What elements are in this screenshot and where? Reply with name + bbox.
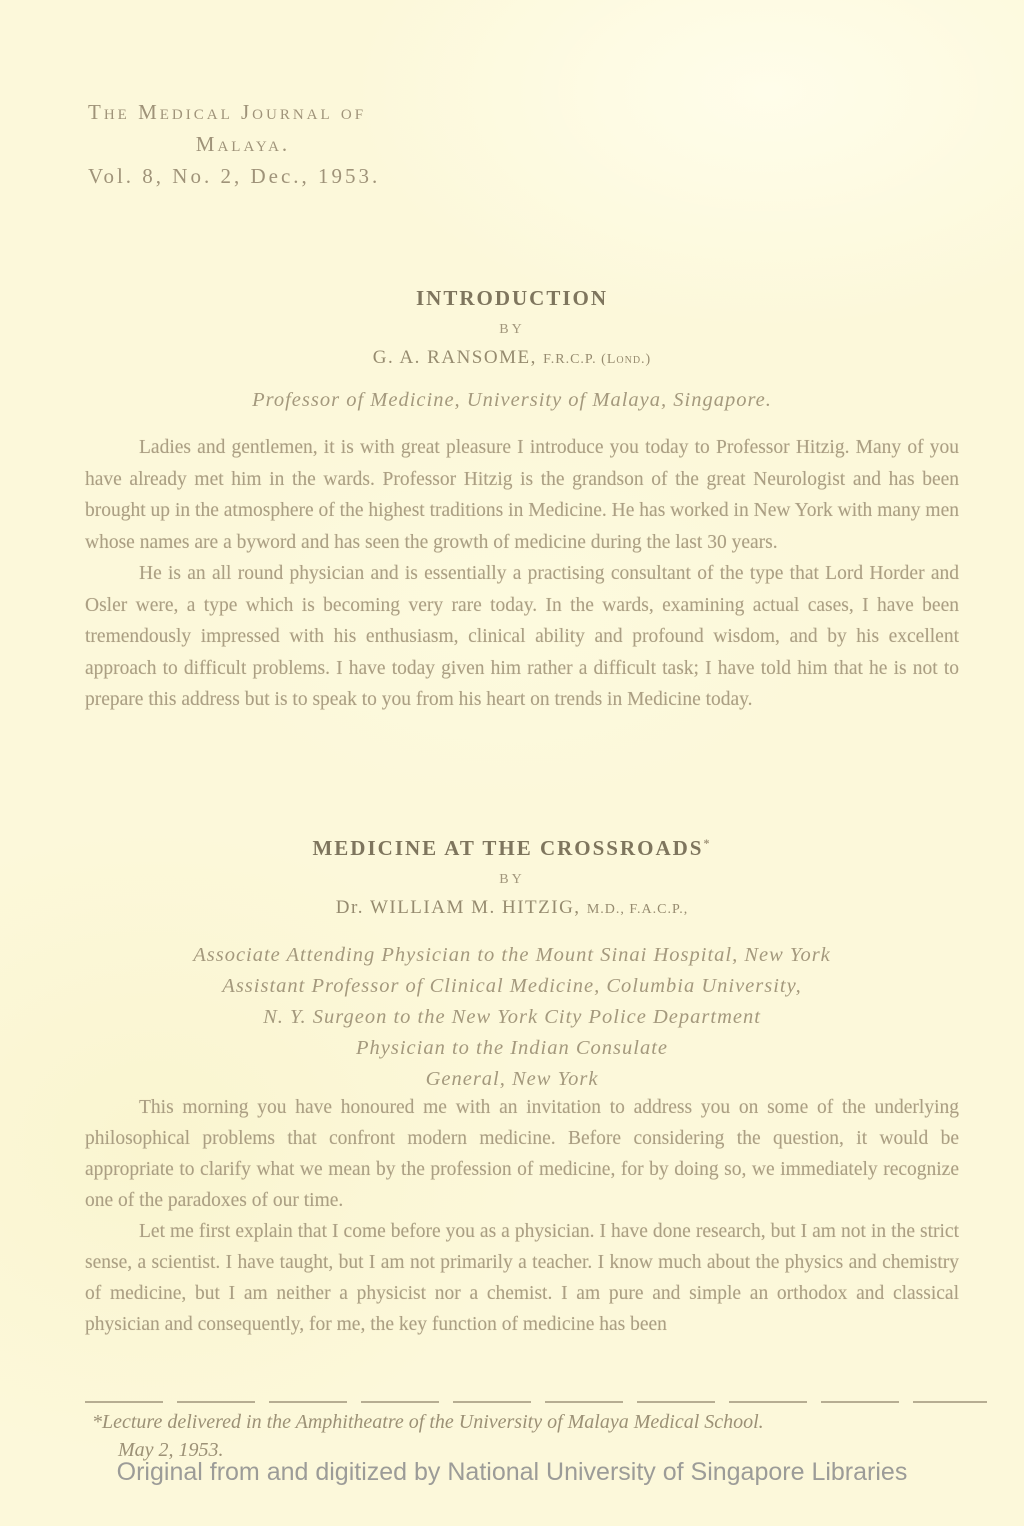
introduction-byline-label: BY [0,322,1024,338]
affiliation-line: Associate Attending Physician to the Mou… [0,940,1024,971]
affiliation-line: General, New York [0,1064,1024,1095]
introduction-paragraph: He is an all round physician and is esse… [85,558,959,716]
affiliation-line: Physician to the Indian Consulate [0,1033,1024,1064]
introduction-heading: INTRODUCTION [0,286,1024,311]
introduction-author-name: G. A. RANSOME, [373,347,537,368]
article-paragraph: Let me first explain that I come before … [85,1216,959,1340]
digitization-credit: Original from and digitized by National … [0,1458,1024,1487]
article-author-credentials: M.D., F.A.C.P., [587,902,688,917]
article-affiliations: Associate Attending Physician to the Mou… [0,940,1024,1095]
introduction-body: Ladies and gentlemen, it is with great p… [85,432,959,716]
journal-title-line2: Malaya. [88,128,398,160]
journal-issue-line: Vol. 8, No. 2, Dec., 1953. [88,160,398,192]
article-byline-label: BY [0,872,1024,888]
article-heading-note-marker: * [704,836,712,850]
footnote-divider [85,1401,987,1403]
introduction-header: INTRODUCTION BY G. A. RANSOME, F.R.C.P. … [0,286,1024,416]
article-author-line: Dr. WILLIAM M. HITZIG, M.D., F.A.C.P., [0,897,1024,919]
introduction-author-title: Professor of Medicine, University of Mal… [0,385,1024,416]
journal-title-line1: The Medical Journal of [88,96,398,128]
article-author-name: Dr. WILLIAM M. HITZIG, [336,897,581,918]
introduction-author-line: G. A. RANSOME, F.R.C.P. (Lond.) [0,347,1024,369]
footnote-marker: * [92,1411,102,1433]
footnote-line1: *Lecture delivered in the Amphitheatre o… [92,1408,972,1436]
article-heading: MEDICINE AT THE CROSSROADS* [0,836,1024,861]
footnote: *Lecture delivered in the Amphitheatre o… [92,1408,972,1464]
introduction-author-credentials: F.R.C.P. (Lond.) [543,352,651,367]
article-header: MEDICINE AT THE CROSSROADS* BY Dr. WILLI… [0,836,1024,919]
article-body: This morning you have honoured me with a… [85,1092,959,1340]
affiliation-line: N. Y. Surgeon to the New York City Polic… [0,1002,1024,1033]
affiliation-line: Assistant Professor of Clinical Medicine… [0,971,1024,1002]
article-paragraph: This morning you have honoured me with a… [85,1092,959,1216]
footnote-text: Lecture delivered in the Amphitheatre of… [102,1411,764,1433]
article-heading-text: MEDICINE AT THE CROSSROADS [312,836,703,860]
introduction-paragraph: Ladies and gentlemen, it is with great p… [85,432,959,558]
journal-masthead: The Medical Journal of Malaya. Vol. 8, N… [88,96,398,192]
